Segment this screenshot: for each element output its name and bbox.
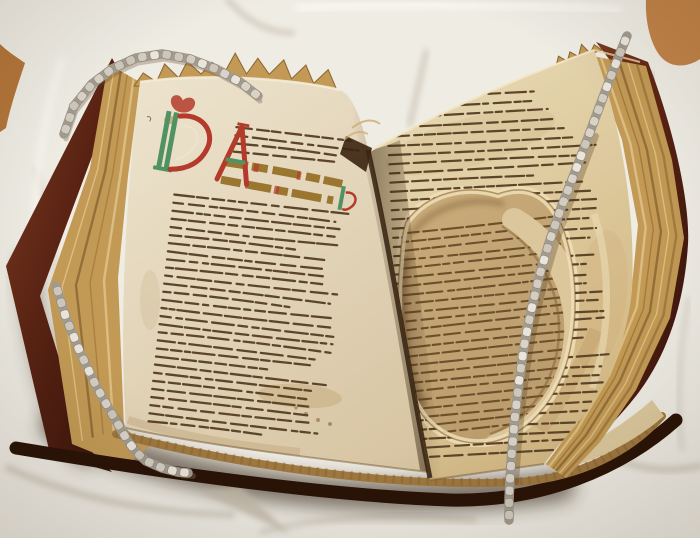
parchment-shade (140, 270, 160, 330)
ink-spot (294, 406, 297, 409)
cord-bead (509, 424, 518, 434)
cord-bead (512, 400, 521, 410)
cord-bead (519, 339, 529, 350)
cord-bead (506, 474, 515, 483)
cord-bead (505, 486, 514, 495)
ink-spot (328, 422, 332, 426)
book (6, 42, 688, 534)
cord-bead (137, 52, 147, 62)
cord-bead (505, 498, 514, 507)
cord-bead (174, 52, 184, 62)
cord-bead (161, 50, 171, 60)
cord-bead (507, 449, 516, 459)
cord-bead (516, 363, 526, 373)
manuscript-photograph: Open medieval parchment manuscript with … (0, 0, 700, 538)
cord-bead (505, 511, 514, 520)
cord-bead (518, 351, 528, 361)
pillow-highlight (300, 4, 618, 10)
cord-bead (524, 314, 534, 325)
cord-bead (508, 437, 517, 447)
cord-bead (506, 461, 515, 471)
ink-spot (316, 418, 320, 422)
cord-bead (522, 326, 532, 337)
cord-bead (510, 412, 519, 422)
photo-canvas: Open medieval parchment manuscript with … (0, 0, 700, 538)
cord-bead (149, 50, 159, 60)
cord-bead (514, 375, 524, 385)
cord-bead (513, 388, 522, 398)
cord-bead (180, 468, 190, 477)
